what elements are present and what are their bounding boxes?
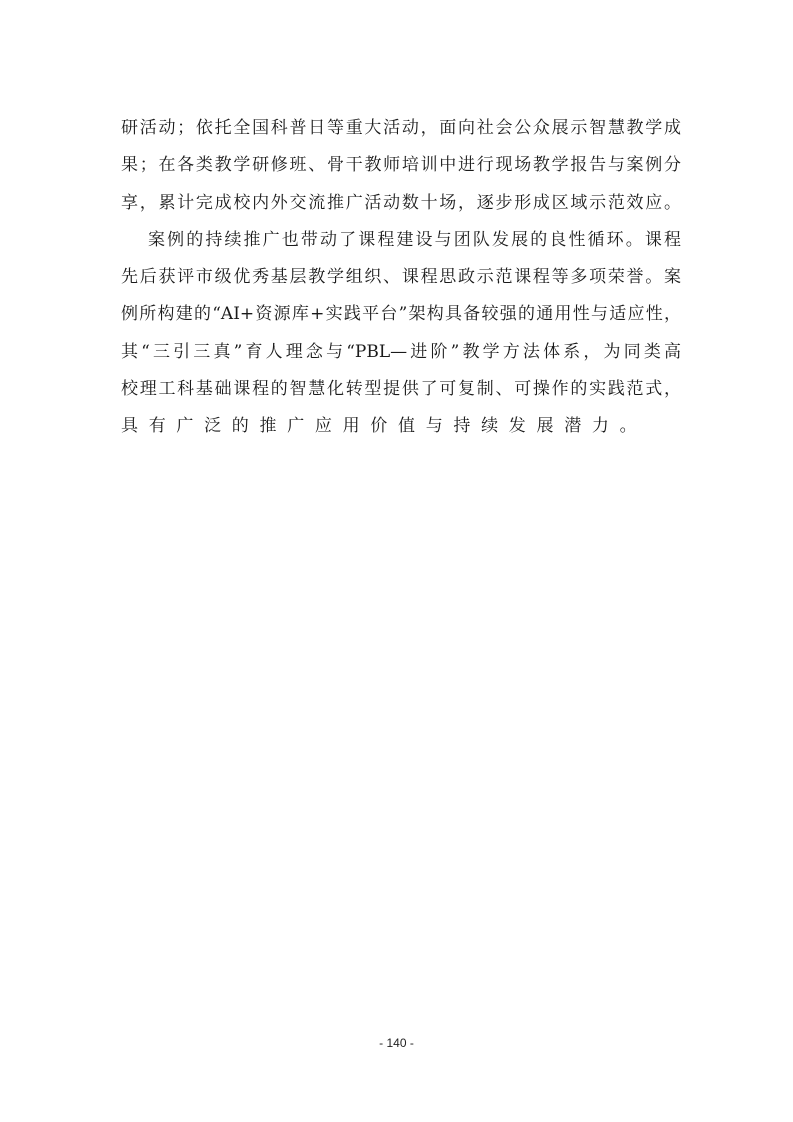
paragraph-1: 研活动；依托全国科普日等重大活动，面向社会公众展示智慧教学成 果；在各类教学研修…: [121, 110, 681, 222]
text-line: 享，累计完成校内外交流推广活动数十场，逐步形成区域示范效应。: [121, 185, 681, 222]
text-line: 果；在各类教学研修班、骨干教师培训中进行现场教学报告与案例分: [121, 147, 681, 184]
text-line: 例所构建的“AI+资源库+实践平台”架构具备较强的通用性与适应性，: [121, 296, 681, 333]
text-line: 案例的持续推广也带动了课程建设与团队发展的良性循环。课程: [121, 222, 681, 259]
text-line: 研活动；依托全国科普日等重大活动，面向社会公众展示智慧教学成: [121, 110, 681, 147]
page-number: - 140 -: [0, 1036, 793, 1050]
body-text: 研活动；依托全国科普日等重大活动，面向社会公众展示智慧教学成 果；在各类教学研修…: [121, 110, 681, 446]
paragraph-2: 案例的持续推广也带动了课程建设与团队发展的良性循环。课程 先后获评市级优秀基层教…: [121, 222, 681, 446]
document-page: 研活动；依托全国科普日等重大活动，面向社会公众展示智慧教学成 果；在各类教学研修…: [0, 0, 793, 1122]
text-line: 具有广泛的推广应用价值与持续发展潜力。: [121, 408, 681, 445]
text-line: 校理工科基础课程的智慧化转型提供了可复制、可操作的实践范式，: [121, 371, 681, 408]
text-line: 其“三引三真”育人理念与“PBL—进阶”教学方法体系，为同类高: [121, 334, 681, 371]
text-line: 先后获评市级优秀基层教学组织、课程思政示范课程等多项荣誉。案: [121, 259, 681, 296]
